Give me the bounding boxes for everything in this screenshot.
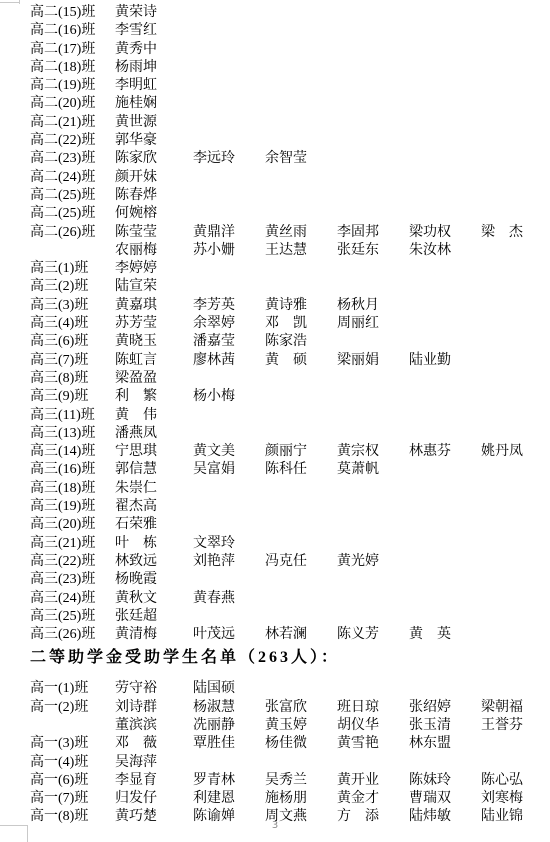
class-label: 高二(23)班: [30, 150, 115, 168]
student-row: 高三(8)班梁盈盈: [30, 370, 545, 388]
student-name: 黄金才: [337, 790, 409, 808]
student-name: 陈心弘: [481, 772, 550, 790]
student-name: 胡仪华: [337, 717, 409, 735]
tier2-section-heading: 二等助学金受助学生名单（263人）：: [30, 648, 545, 668]
student-name: 杨淑慧: [193, 699, 265, 717]
class-label: 高二(21)班: [30, 114, 115, 132]
student-name: 冯克任: [265, 553, 337, 571]
student-name: 李显育: [115, 772, 193, 790]
student-name: 黄文美: [193, 443, 265, 461]
student-name: 梁盈盈: [115, 370, 193, 388]
class-label: 高三(6)班: [30, 333, 115, 351]
student-row: 高三(26)班黄清梅叶茂远林若澜陈义芳黄 英: [30, 626, 545, 644]
student-name: 梁 杰: [481, 224, 550, 242]
student-name: 苏芳莹: [115, 315, 193, 333]
student-name: 刘寒梅: [481, 790, 550, 808]
class-label: 高二(19)班: [30, 77, 115, 95]
student-row: 高一(3)班邓 薇覃胜佳杨佳微黄雪艳林东盟: [30, 735, 545, 753]
student-name: 董滨滨: [115, 717, 193, 735]
student-row: 高三(18)班朱崇仁: [30, 480, 545, 498]
student-name: 杨秋月: [337, 297, 409, 315]
student-name: 陈科任: [265, 461, 337, 479]
student-name: 王誉芬: [481, 717, 550, 735]
student-name: 颜丽宁: [265, 443, 337, 461]
student-row: 高一(6)班李显育罗青林吴秀兰黄开业陈妹玲陈心弘: [30, 772, 545, 790]
student-name: 黄雪艳: [337, 735, 409, 753]
class-label: 高三(25)班: [30, 608, 115, 626]
student-name: 叶 栋: [115, 535, 193, 553]
student-name: 杨佳微: [265, 735, 337, 753]
tier2-scholarship-rows: 高一(1)班劳守裕陆国硕高一(2)班刘诗群杨淑慧张富欣班日琼张绍婷梁朝福董滨滨冼…: [30, 680, 545, 826]
student-name: 黄诗雅: [265, 297, 337, 315]
class-label: 高三(11)班: [30, 407, 115, 425]
student-name: 黄玉婷: [265, 717, 337, 735]
student-name: 吴富娟: [193, 461, 265, 479]
student-row: 高一(2)班刘诗群杨淑慧张富欣班日琼张绍婷梁朝福: [30, 699, 545, 717]
student-name: 张廷超: [115, 608, 193, 626]
student-name: 李远玲: [193, 150, 265, 168]
class-label: 高一(6)班: [30, 772, 115, 790]
student-row: 农丽梅苏小姗王达慧张廷东朱汝林: [30, 242, 545, 260]
student-row: 高三(20)班石荣雅: [30, 516, 545, 534]
student-row: 高二(24)班颜开妹: [30, 169, 545, 187]
page-number: 3: [0, 820, 550, 832]
student-name: 邓 薇: [115, 735, 193, 753]
class-label: 高三(18)班: [30, 480, 115, 498]
student-row: 高二(25)班陈春烨: [30, 187, 545, 205]
tier1-scholarship-rows: 高二(15)班黄荣诗高二(16)班李雪红高二(17)班黄秀中高二(18)班杨雨坤…: [30, 4, 545, 644]
class-label: 高三(20)班: [30, 516, 115, 534]
student-name: 利 繁: [115, 388, 193, 406]
student-name: 林致远: [115, 553, 193, 571]
student-name: 潘嘉莹: [193, 333, 265, 351]
student-name: 陈莹莹: [115, 224, 193, 242]
class-label: 高三(22)班: [30, 553, 115, 571]
class-label: 高三(21)班: [30, 535, 115, 553]
student-name: 黄清梅: [115, 626, 193, 644]
student-name: 陈春烨: [115, 187, 193, 205]
student-name: 张廷东: [337, 242, 409, 260]
student-name: 黄荣诗: [115, 4, 193, 22]
student-name: 宁思琪: [115, 443, 193, 461]
student-name: 黄秋文: [115, 590, 193, 608]
student-name: 林惠芬: [409, 443, 481, 461]
student-row: 高三(21)班叶 栋文翠玲: [30, 535, 545, 553]
class-label: 高二(26)班: [30, 224, 115, 242]
student-name: 梁功权: [409, 224, 481, 242]
student-name: 利建恩: [193, 790, 265, 808]
class-label: 高二(16)班: [30, 22, 115, 40]
student-name: 梁朝福: [481, 699, 550, 717]
student-row: 高三(23)班杨晚霞: [30, 571, 545, 589]
student-row: 高一(7)班归发仔利建恩施杨朋黄金才曹瑞双刘寒梅: [30, 790, 545, 808]
student-name: 文翠玲: [193, 535, 265, 553]
student-name: 陈义芳: [337, 626, 409, 644]
class-label: 高一(2)班: [30, 699, 115, 717]
student-name: 李婷婷: [115, 260, 193, 278]
class-label: 高三(26)班: [30, 626, 115, 644]
student-row: 高三(22)班林致远刘艳萍冯克任黄光婷: [30, 553, 545, 571]
student-name: 吴秀兰: [265, 772, 337, 790]
student-name: 黄晓玉: [115, 333, 193, 351]
class-label: 高三(14)班: [30, 443, 115, 461]
class-label: 高三(9)班: [30, 388, 115, 406]
student-name: 班日琼: [337, 699, 409, 717]
student-name: 叶茂远: [193, 626, 265, 644]
class-label: 高二(18)班: [30, 59, 115, 77]
student-name: 黄 伟: [115, 407, 193, 425]
class-label: 高三(4)班: [30, 315, 115, 333]
student-row: 董滨滨冼丽静黄玉婷胡仪华张玉清王誉芬: [30, 717, 545, 735]
student-name: 李芳英: [193, 297, 265, 315]
class-label: 高三(1)班: [30, 260, 115, 278]
student-name: 姚丹凤: [481, 443, 550, 461]
student-row: 高三(4)班苏芳莹余翠婷邓 凯周丽红: [30, 315, 545, 333]
class-label: 高三(24)班: [30, 590, 115, 608]
student-name: 陆国硕: [193, 680, 265, 698]
class-label: 高三(19)班: [30, 498, 115, 516]
student-row: 高二(22)班郭华豪: [30, 132, 545, 150]
class-label: 高二(17)班: [30, 41, 115, 59]
class-label: 高二(25)班: [30, 205, 115, 223]
student-row: 高三(14)班宁思琪黄文美颜丽宁黄宗权林惠芬姚丹凤: [30, 443, 545, 461]
student-row: 高三(6)班黄晓玉潘嘉莹陈家浩: [30, 333, 545, 351]
student-name: 廖林茜: [193, 352, 265, 370]
student-name: 林若澜: [265, 626, 337, 644]
text-boundary-mark-top-left-horizontal: [0, 2, 19, 3]
class-label: 高一(4)班: [30, 754, 115, 772]
student-row: 高三(25)班张廷超: [30, 608, 545, 626]
student-row: 高三(7)班陈虹言廖林茜黄 硕梁丽娟陆业勤: [30, 352, 545, 370]
student-row: 高一(1)班劳守裕陆国硕: [30, 680, 545, 698]
student-name: 余智莹: [265, 150, 337, 168]
student-row: 高三(2)班陆宣荣: [30, 278, 545, 296]
student-name: 黄嘉琪: [115, 297, 193, 315]
class-label: 高三(23)班: [30, 571, 115, 589]
student-name: 邓 凯: [265, 315, 337, 333]
student-name: 周丽红: [337, 315, 409, 333]
student-row: 高三(13)班潘燕凤: [30, 425, 545, 443]
student-row: 高三(1)班李婷婷: [30, 260, 545, 278]
student-name: 张玉清: [409, 717, 481, 735]
student-name: 翟杰高: [115, 498, 193, 516]
student-name: 黄开业: [337, 772, 409, 790]
student-name: 刘诗群: [115, 699, 193, 717]
document-page: 高二(15)班黄荣诗高二(16)班李雪红高二(17)班黄秀中高二(18)班杨雨坤…: [0, 0, 550, 842]
student-name: 陈妹玲: [409, 772, 481, 790]
student-name: 陈家欣: [115, 150, 193, 168]
student-name: 吴海萍: [115, 754, 193, 772]
student-row: 高二(17)班黄秀中: [30, 41, 545, 59]
class-label: 高二(15)班: [30, 4, 115, 22]
student-name: 杨小梅: [193, 388, 265, 406]
class-label: 高二(24)班: [30, 169, 115, 187]
student-name: 李雪红: [115, 22, 193, 40]
student-name: 颜开妹: [115, 169, 193, 187]
student-name: 苏小姗: [193, 242, 265, 260]
student-name: 罗青林: [193, 772, 265, 790]
student-name: 黄春燕: [193, 590, 265, 608]
student-name: 黄 英: [409, 626, 481, 644]
student-row: 高二(25)班何婉榕: [30, 205, 545, 223]
student-row: 高三(24)班黄秋文黄春燕: [30, 590, 545, 608]
page-content: 高二(15)班黄荣诗高二(16)班李雪红高二(17)班黄秀中高二(18)班杨雨坤…: [30, 4, 545, 827]
student-name: 黄鼎洋: [193, 224, 265, 242]
student-name: 郭华豪: [115, 132, 193, 150]
student-row: 高三(11)班黄 伟: [30, 407, 545, 425]
student-name: 施桂娴: [115, 95, 193, 113]
student-row: 高三(9)班利 繁杨小梅: [30, 388, 545, 406]
class-label: 高三(3)班: [30, 297, 115, 315]
student-name: 陆宣荣: [115, 278, 193, 296]
student-name: 李固邦: [337, 224, 409, 242]
class-label: 高一(3)班: [30, 735, 115, 753]
student-name: 黄宗权: [337, 443, 409, 461]
student-name: 陈虹言: [115, 352, 193, 370]
student-row: 高二(21)班黄世源: [30, 114, 545, 132]
student-name: 劳守裕: [115, 680, 193, 698]
student-name: 陈家浩: [265, 333, 337, 351]
student-name: 黄秀中: [115, 41, 193, 59]
student-row: 高二(20)班施桂娴: [30, 95, 545, 113]
student-row: 高三(19)班翟杰高: [30, 498, 545, 516]
class-label: 高二(25)班: [30, 187, 115, 205]
student-row: 高三(3)班黄嘉琪李芳英黄诗雅杨秋月: [30, 297, 545, 315]
student-row: 高二(19)班李明虹: [30, 77, 545, 95]
student-name: 刘艳萍: [193, 553, 265, 571]
student-row: 高二(16)班李雪红: [30, 22, 545, 40]
class-label: 高二(20)班: [30, 95, 115, 113]
student-row: 高二(18)班杨雨坤: [30, 59, 545, 77]
student-name: 朱汝林: [409, 242, 481, 260]
student-name: 李明虹: [115, 77, 193, 95]
student-name: 潘燕凤: [115, 425, 193, 443]
student-name: 石荣雅: [115, 516, 193, 534]
student-name: 郭信慧: [115, 461, 193, 479]
student-name: 覃胜佳: [193, 735, 265, 753]
student-name: 陆业勤: [409, 352, 481, 370]
student-name: 梁丽娟: [337, 352, 409, 370]
class-label: 高二(22)班: [30, 132, 115, 150]
student-row: 高二(23)班陈家欣李远玲余智莹: [30, 150, 545, 168]
class-label: 高三(16)班: [30, 461, 115, 479]
class-label: 高三(8)班: [30, 370, 115, 388]
student-name: 林东盟: [409, 735, 481, 753]
class-label: 高三(13)班: [30, 425, 115, 443]
student-name: 归发仔: [115, 790, 193, 808]
student-name: 莫萧帆: [337, 461, 409, 479]
student-row: 高二(26)班陈莹莹黄鼎洋黄丝雨李固邦梁功权梁 杰: [30, 224, 545, 242]
class-label: 高三(7)班: [30, 352, 115, 370]
student-name: 冼丽静: [193, 717, 265, 735]
student-name: 黄 硕: [265, 352, 337, 370]
student-name: 曹瑞双: [409, 790, 481, 808]
class-label: 高一(1)班: [30, 680, 115, 698]
student-name: 王达慧: [265, 242, 337, 260]
student-name: 张富欣: [265, 699, 337, 717]
student-name: 施杨朋: [265, 790, 337, 808]
student-row: 高三(16)班郭信慧吴富娟陈科任莫萧帆: [30, 461, 545, 479]
class-label: 高三(2)班: [30, 278, 115, 296]
student-row: 高二(15)班黄荣诗: [30, 4, 545, 22]
student-name: 黄丝雨: [265, 224, 337, 242]
student-name: 朱崇仁: [115, 480, 193, 498]
student-name: 余翠婷: [193, 315, 265, 333]
student-name: 黄世源: [115, 114, 193, 132]
student-name: 农丽梅: [115, 242, 193, 260]
student-name: 何婉榕: [115, 205, 193, 223]
text-boundary-mark-top-left-vertical: [19, 0, 20, 4]
student-name: 张绍婷: [409, 699, 481, 717]
student-name: 黄光婷: [337, 553, 409, 571]
student-row: 高一(4)班吴海萍: [30, 754, 545, 772]
student-name: 杨雨坤: [115, 59, 193, 77]
class-label: 高一(7)班: [30, 790, 115, 808]
student-name: 杨晚霞: [115, 571, 193, 589]
